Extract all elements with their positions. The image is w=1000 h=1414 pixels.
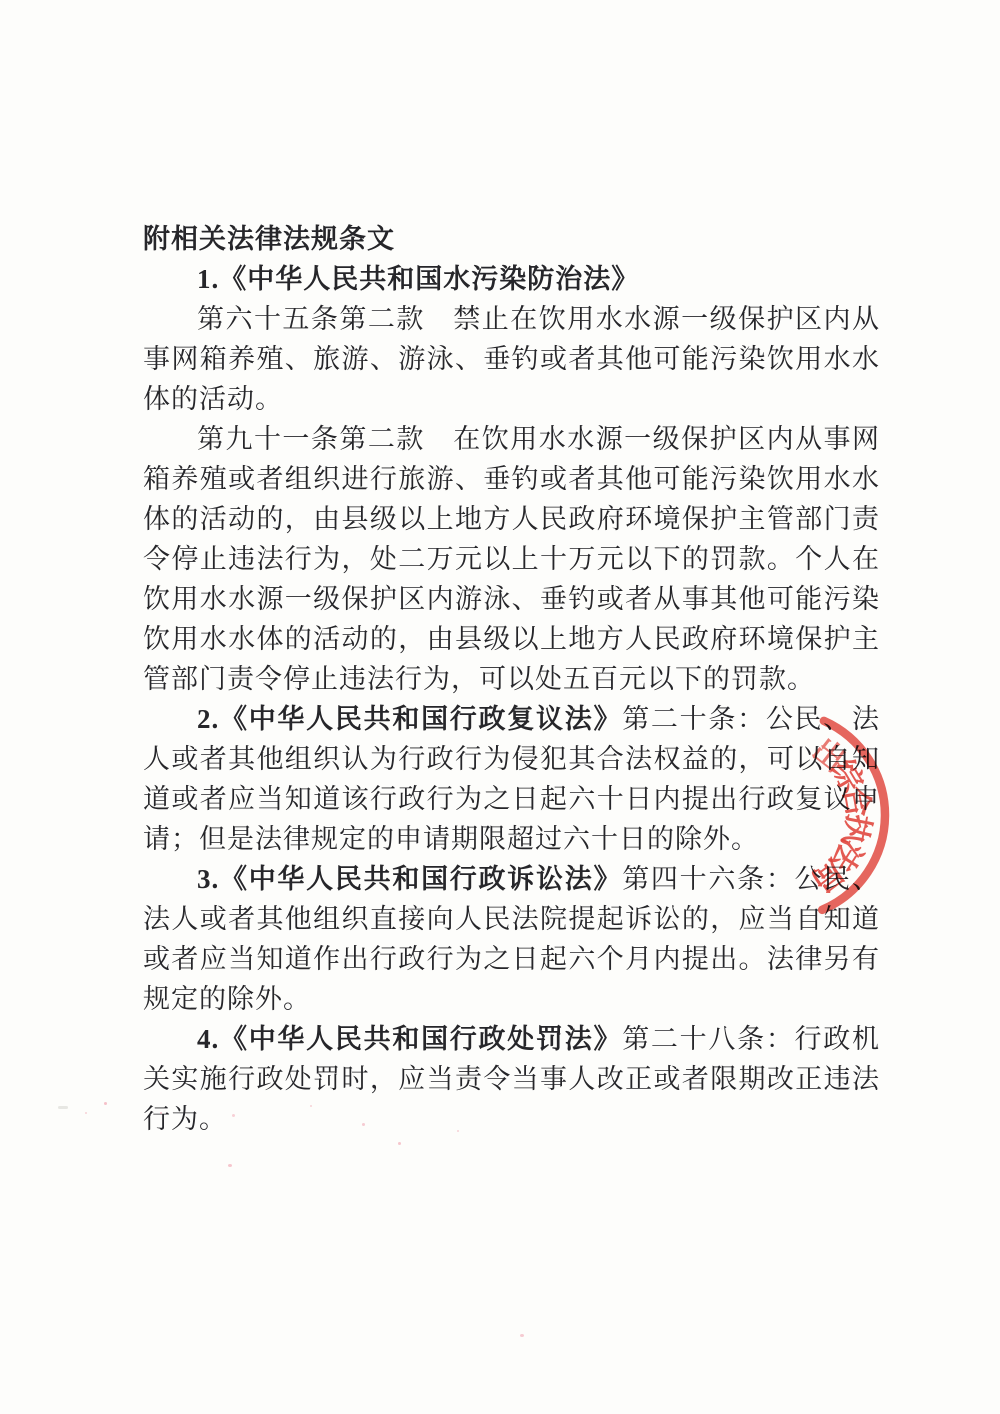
scan-speckle (160, 1112, 162, 1114)
legal-paragraph-3: 第九十一条第二款 在饮用水水源一级保护区内从事网箱养殖或者组织进行旅游、垂钓或者… (143, 419, 880, 699)
document-page: 附相关法律法规条文 1.《中华人民共和国水污染防治法》第六十五条第二款 禁止在饮… (0, 0, 1000, 1414)
scan-speckle (232, 1114, 235, 1117)
scan-speckle (398, 1142, 401, 1145)
legal-paragraph-6: 4.《中华人民共和国行政处罚法》第二十八条：行政机关实施行政处罚时，应当责令当事… (143, 1019, 880, 1139)
law-text-run: 第九十一条第二款 在饮用水水源一级保护区内从事网箱养殖或者组织进行旅游、垂钓或者… (143, 424, 880, 694)
scan-speckle (85, 1112, 87, 1114)
legal-paragraph-5: 3.《中华人民共和国行政诉讼法》第四十六条：公民、法人或者其他组织直接向人民法院… (143, 859, 880, 1019)
paragraph-list: 1.《中华人民共和国水污染防治法》第六十五条第二款 禁止在饮用水水源一级保护区内… (143, 259, 880, 1139)
law-title-run: 2.《中华人民共和国行政复议法》 (197, 704, 622, 734)
scan-speckle (457, 1130, 459, 1132)
legal-paragraph-2: 第六十五条第二款 禁止在饮用水水源一级保护区内从事网箱养殖、旅游、游泳、垂钓或者… (143, 299, 880, 419)
law-text-run: 第六十五条第二款 禁止在饮用水水源一级保护区内从事网箱养殖、旅游、游泳、垂钓或者… (143, 304, 880, 414)
legal-paragraph-1: 1.《中华人民共和国水污染防治法》 (143, 259, 880, 299)
scan-speckle (520, 1334, 524, 1337)
document-body: 附相关法律法规条文 1.《中华人民共和国水污染防治法》第六十五条第二款 禁止在饮… (143, 219, 880, 1139)
scan-smudge (58, 1106, 68, 1109)
law-title-run: 3.《中华人民共和国行政诉讼法》 (197, 864, 622, 894)
scan-speckle (104, 1102, 107, 1105)
law-title-run: 4.《中华人民共和国行政处罚法》 (197, 1024, 622, 1054)
attachment-heading: 附相关法律法规条文 (143, 219, 880, 259)
scan-speckle (228, 1164, 232, 1167)
legal-paragraph-4: 2.《中华人民共和国行政复议法》第二十条：公民、法人或者其他组织认为行政行为侵犯… (143, 699, 880, 859)
scan-speckle (362, 1123, 365, 1126)
scan-speckle (310, 1105, 312, 1107)
law-title-run: 1.《中华人民共和国水污染防治法》 (197, 264, 639, 294)
